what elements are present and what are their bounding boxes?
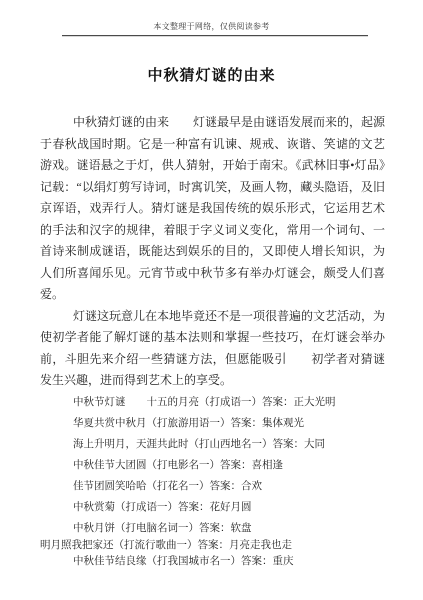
header-divider bbox=[62, 35, 368, 37]
riddle-line: 中秋佳节结良缘（打我国城市名一）答案：重庆 bbox=[40, 552, 385, 571]
riddle-line: 中秋节灯谜 十五的月亮（打成语一）答案：正大光明 bbox=[40, 392, 385, 413]
paragraph-intro: 灯谜这玩意儿在本地毕竟还不是一项很普遍的文艺活动，为使初学者能了解灯谜的基本法则… bbox=[40, 306, 385, 392]
header-note: 本文整理于网络，仅供阅读参考 bbox=[0, 22, 423, 32]
paragraph-origin: 中秋猜灯谜的由来 灯谜最早是由谜语发展而来的，起源于春秋战国时期。它是一种富有讥… bbox=[40, 112, 385, 306]
riddle-line: 中秋月饼（打电脑名词一）答案：软盘 bbox=[40, 518, 385, 539]
document-page: 本文整理于网络，仅供阅读参考 中秋猜灯谜的由来 中秋猜灯谜的由来 灯谜最早是由谜… bbox=[0, 0, 423, 600]
document-body: 中秋猜灯谜的由来 灯谜最早是由谜语发展而来的，起源于春秋战国时期。它是一种富有讥… bbox=[0, 86, 423, 571]
riddle-line: 佳节团圆笑哈哈（打花名一）答案：合欢 bbox=[40, 476, 385, 497]
page-title: 中秋猜灯谜的由来 bbox=[40, 67, 383, 86]
riddle-line: 华夏共赏中秋月（打旅游用语一）答案：集体观光 bbox=[40, 413, 385, 434]
riddle-line: 海上升明月，天涯共此时（打山西地名一）答案：大同 bbox=[40, 434, 385, 455]
document-header: 本文整理于网络，仅供阅读参考 bbox=[0, 0, 423, 37]
riddle-line: 明月照我把家还（打流行歌曲一）答案：月亮走我也走 bbox=[40, 539, 385, 552]
riddle-line: 中秋佳节大团圆（打电影名一）答案：喜相逢 bbox=[40, 455, 385, 476]
riddle-line: 中秋赏菊（打成语一）答案：花好月圆 bbox=[40, 497, 385, 518]
riddle-list: 中秋节灯谜 十五的月亮（打成语一）答案：正大光明 华夏共赏中秋月（打旅游用语一）… bbox=[40, 392, 385, 571]
